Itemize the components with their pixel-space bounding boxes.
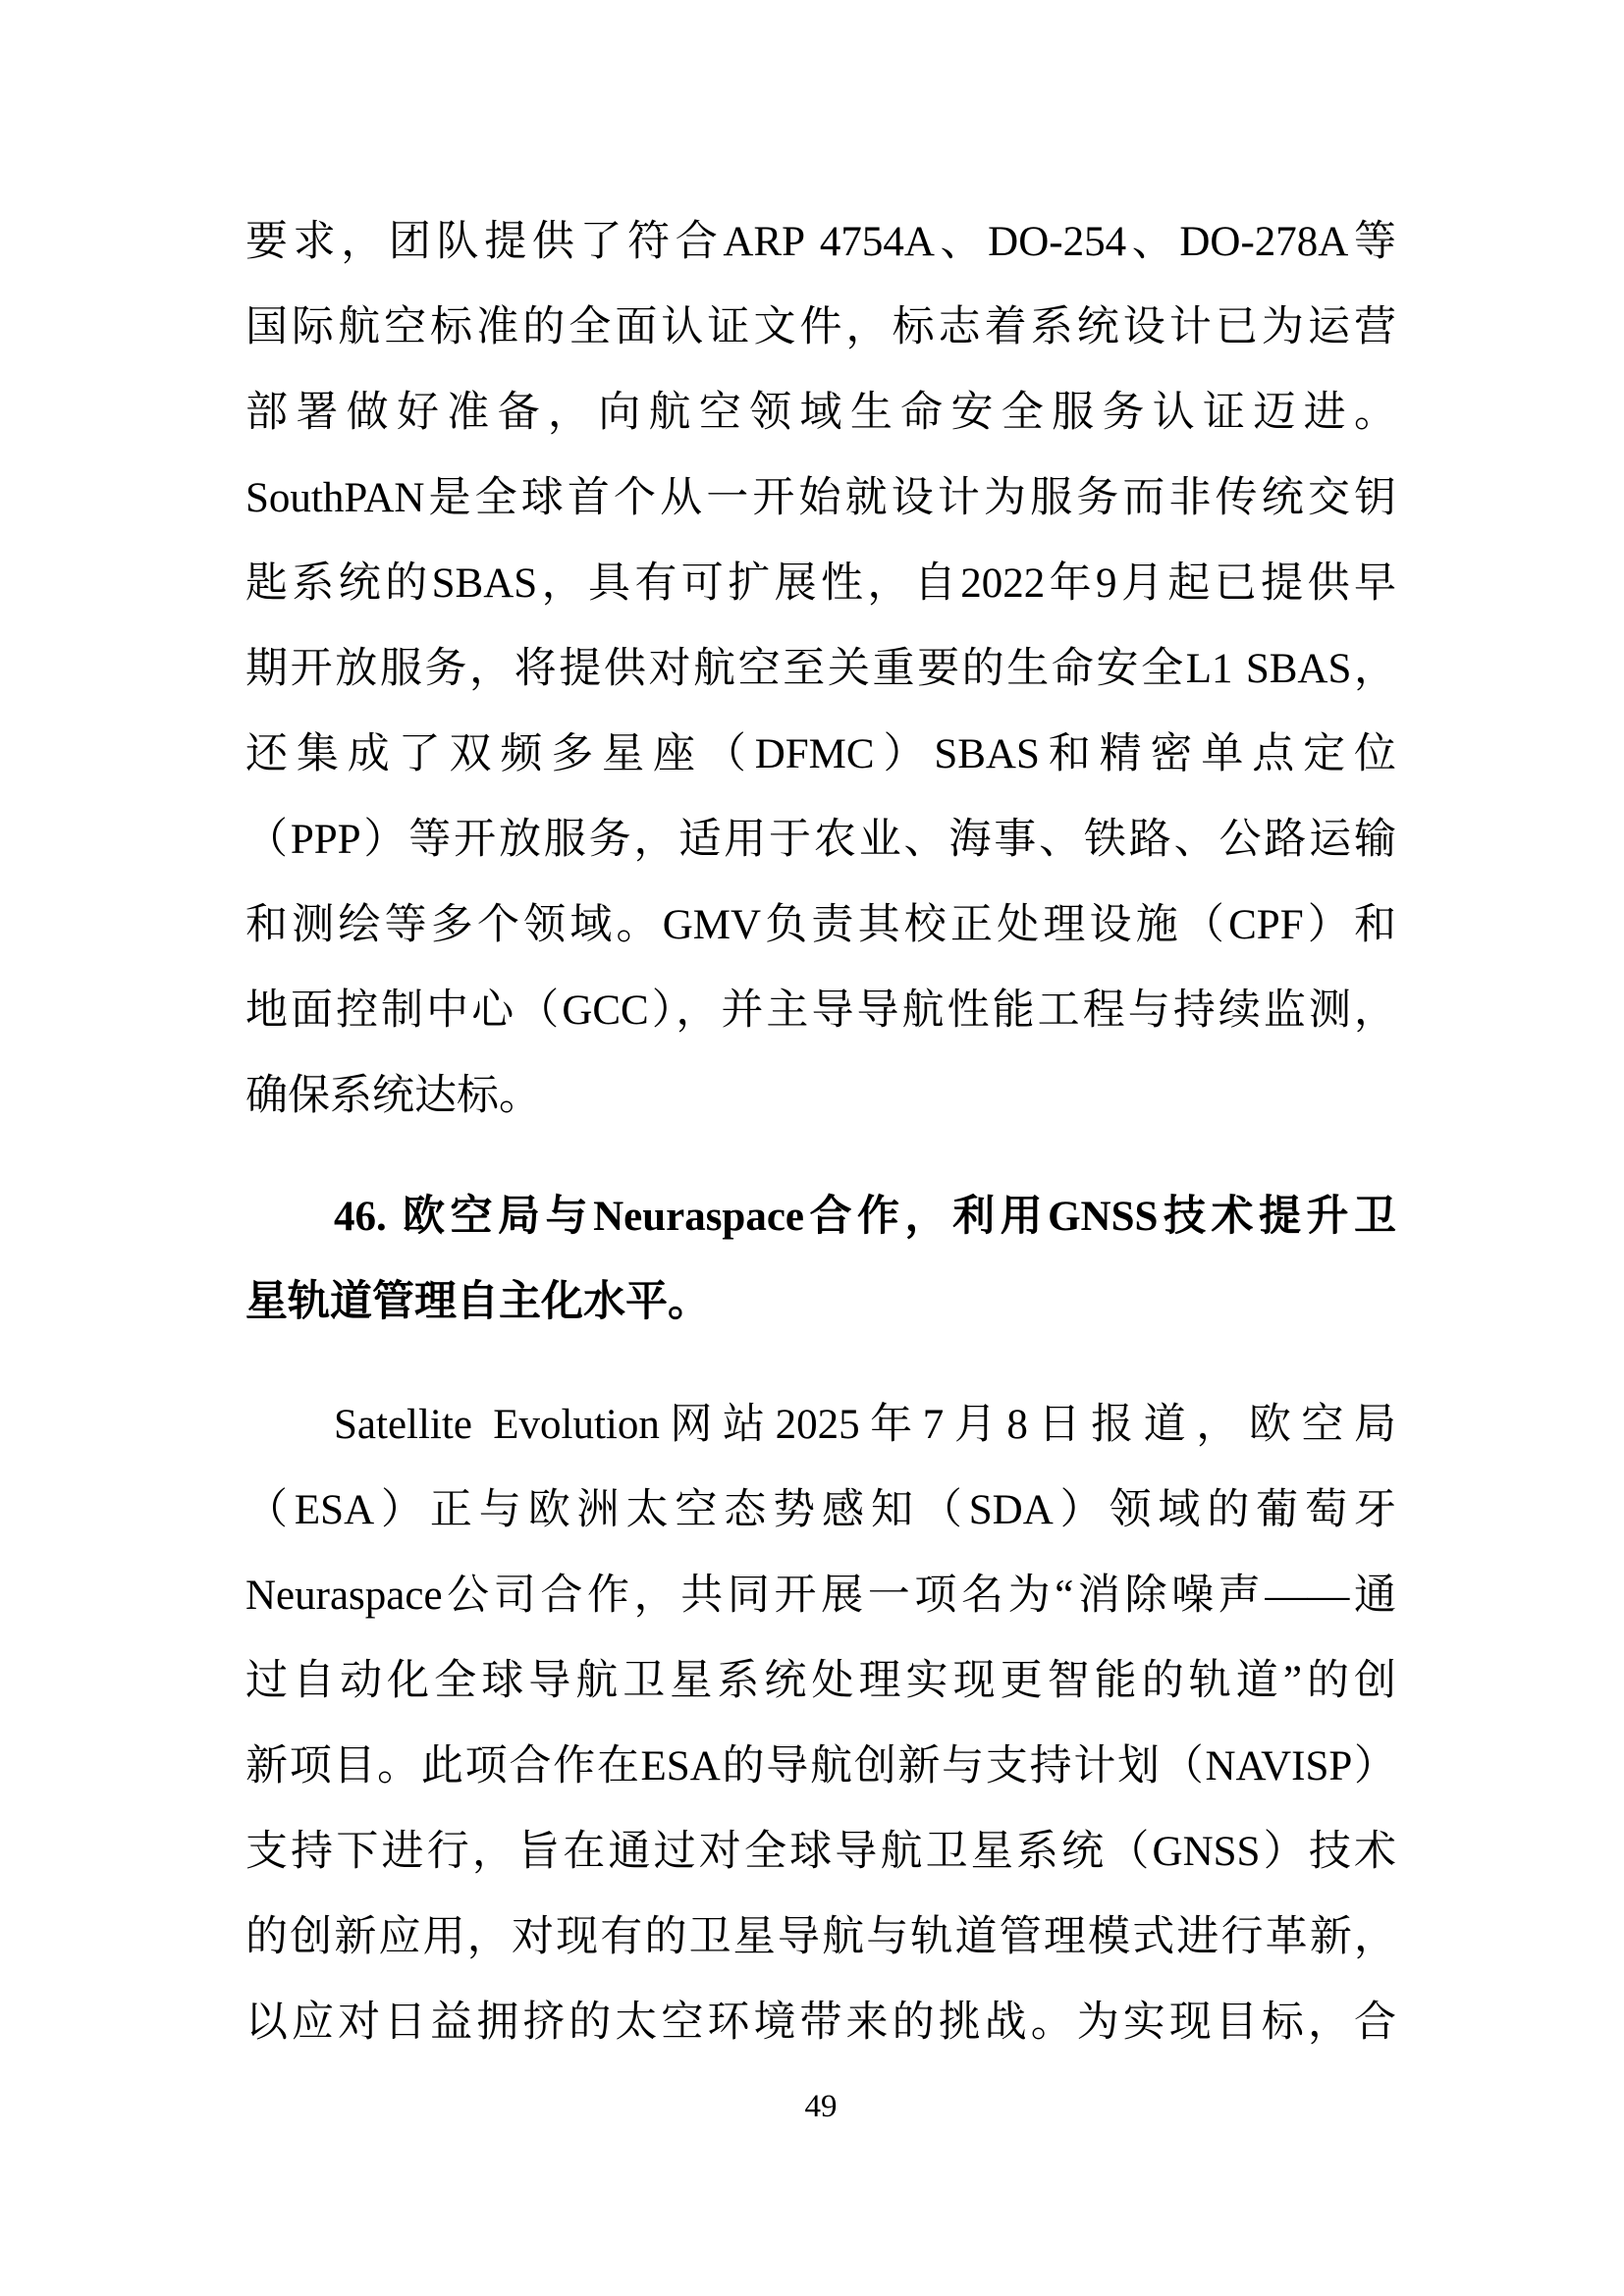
body-paragraph: Satellite Evolution网站2025年7月8日报道，欧空局（ESA… [245, 1382, 1396, 2065]
body-paragraph: 要求，团队提供了符合ARP 4754A、DO-254、DO-278A等国际航空标… [245, 199, 1396, 1139]
text-line: 新项目。此项合作在ESA的导航创新与支持计划（NAVISP） [245, 1724, 1396, 1809]
text-line: Neuraspace公司合作，共同开展一项名为“消除噪声——通 [245, 1553, 1396, 1638]
text-line: 匙系统的SBAS，具有可扩展性，自2022年9月起已提供早 [245, 541, 1396, 626]
text-line: Satellite Evolution网站2025年7月8日报道，欧空局 [245, 1382, 1396, 1468]
text-line: 以应对日益拥挤的太空环境带来的挑战。为实现目标，合 [245, 1980, 1396, 2065]
text-line: 部署做好准备，向航空领域生命安全服务认证迈进。 [245, 370, 1396, 455]
text-line: （PPP）等开放服务，适用于农业、海事、铁路、公路运输 [245, 797, 1396, 882]
text-line: 过自动化全球导航卫星系统处理实现更智能的轨道”的创 [245, 1638, 1396, 1724]
text-line: （ESA）正与欧洲太空态势感知（SDA）领域的葡萄牙 [245, 1468, 1396, 1553]
text-line: 星轨道管理自主化水平。 [245, 1259, 1396, 1345]
text-line: 要求，团队提供了符合ARP 4754A、DO-254、DO-278A等 [245, 199, 1396, 285]
page-number: 49 [245, 2085, 1396, 2128]
section-heading: 46. 欧空局与Neuraspace合作，利用GNSS技术提升卫星轨道管理自主化… [245, 1174, 1396, 1345]
text-line: 地面控制中心（GCC），并主导导航性能工程与持续监测， [245, 968, 1396, 1053]
text-line: 期开放服务，将提供对航空至关重要的生命安全L1 SBAS， [245, 626, 1396, 712]
text-line: 和测绘等多个领域。GMV负责其校正处理设施（CPF）和 [245, 882, 1396, 968]
text-line: 的创新应用，对现有的卫星导航与轨道管理模式进行革新， [245, 1895, 1396, 1980]
document-page: 要求，团队提供了符合ARP 4754A、DO-254、DO-278A等国际航空标… [0, 0, 1624, 2296]
text-line: 支持下进行，旨在通过对全球导航卫星系统（GNSS）技术 [245, 1809, 1396, 1895]
paragraph-container: 要求，团队提供了符合ARP 4754A、DO-254、DO-278A等国际航空标… [245, 199, 1396, 2065]
document-body: 要求，团队提供了符合ARP 4754A、DO-254、DO-278A等国际航空标… [245, 199, 1396, 2128]
text-line: SouthPAN是全球首个从一开始就设计为服务而非传统交钥 [245, 455, 1396, 541]
text-line: 确保系统达标。 [245, 1053, 1396, 1139]
text-line: 还集成了双频多星座（DFMC）SBAS和精密单点定位 [245, 712, 1396, 797]
text-line: 国际航空标准的全面认证文件，标志着系统设计已为运营 [245, 285, 1396, 370]
text-line: 46. 欧空局与Neuraspace合作，利用GNSS技术提升卫 [245, 1174, 1396, 1259]
